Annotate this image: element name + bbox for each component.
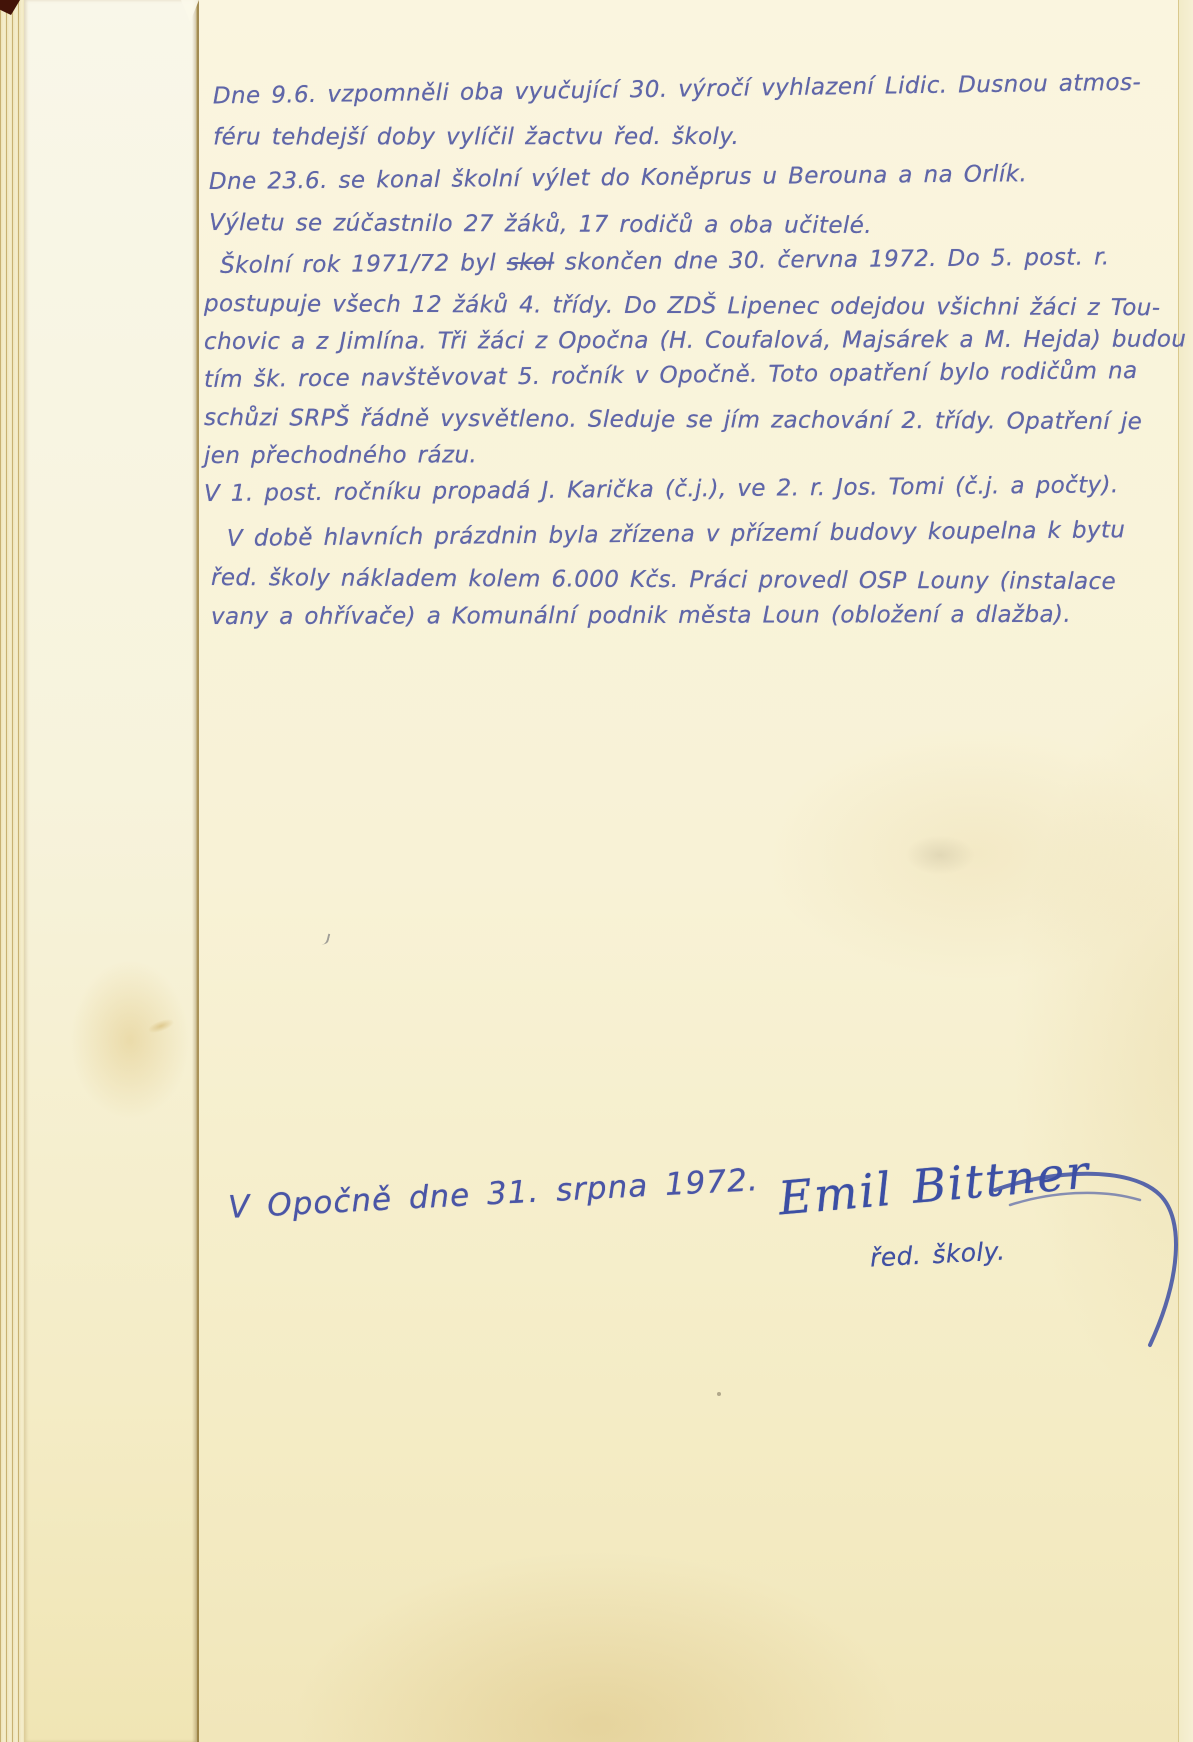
line-segment: skončen dne 30. června 1972. Do 5. post.… (554, 244, 1110, 275)
paragraph-school-trip: Dne 23.6. se konal školní výlet do Koněp… (209, 162, 1027, 244)
handwritten-line: féru tehdejší doby vylíčil žactvu řed. š… (213, 117, 1141, 159)
handwritten-line: vany a ohřívače) a Komunální podnik měst… (211, 596, 1125, 637)
paper-smudge (905, 835, 975, 875)
line-segment: Školní rok 1971/72 byl (220, 250, 507, 279)
handwritten-line: Dne 23.6. se konal školní výlet do Koněp… (209, 154, 1028, 203)
paragraph-bathroom-construction: V době hlavních prázdnin byla zřízena v … (211, 520, 1125, 637)
handwritten-line: V době hlavních prázdnin byla zřízena v … (211, 511, 1126, 559)
stray-ink-dot (717, 1392, 721, 1396)
paper-stain (70, 960, 190, 1120)
book-page-edge-stack (0, 0, 26, 1742)
paragraph-lidice: Dne 9.6. vzpomněli oba vyučující 30. výr… (213, 72, 1142, 159)
struck-word: skol (507, 250, 555, 276)
paper-tear (181, 0, 199, 22)
signature-flourish (990, 1160, 1190, 1350)
paragraph-school-year-end: Školní rok 1971/72 byl skol skončen dne … (204, 247, 1193, 513)
underlying-page (24, 0, 196, 1742)
